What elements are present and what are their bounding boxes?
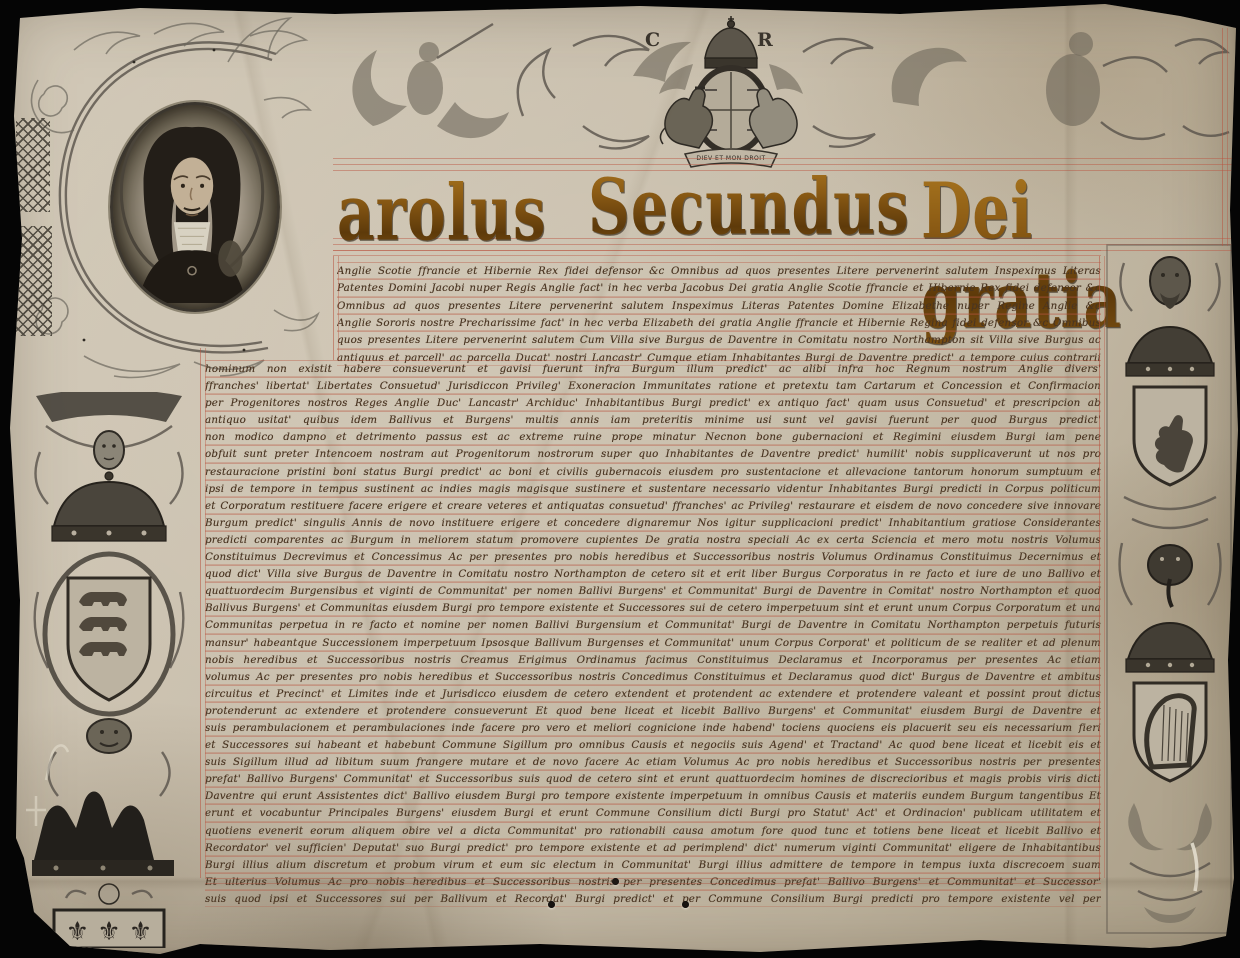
manuscript-line: antiquo usitat' quibus idem Ballivus et …: [205, 411, 1101, 428]
manuscript-line: volumus Ac per presentes pro nobis hered…: [205, 668, 1101, 685]
parchment-hole: [612, 878, 619, 885]
crown-icon: [52, 472, 166, 541]
decorated-initial-c: [14, 10, 332, 390]
manuscript-line: nobis heredibus et Successoribus nostris…: [205, 651, 1101, 668]
manuscript-line: quos presentes Litere pervenerint salute…: [337, 331, 1101, 348]
left-border-pilaster: ⚜ ⚜ ⚜: [16, 392, 202, 948]
red-margin-line: [333, 256, 339, 360]
manuscript-line: Recordator' vel sufficien' Deputat' suo …: [205, 839, 1101, 856]
red-margin-line: [1222, 28, 1228, 246]
ireland-harp-shield-icon: [1134, 683, 1206, 781]
heading-word-carolus: arolus: [337, 168, 547, 258]
charter-text-block-upper: Anglie Scotie ffrancie et Hibernie Rex f…: [337, 262, 1101, 366]
manuscript-line: Communitas perpetua in re facto et nomin…: [205, 616, 1101, 633]
river-god-figure-icon: [1046, 54, 1100, 126]
manuscript-line: hominum non existit habere consueverunt …: [205, 360, 1101, 377]
manuscript-line: Anglie Sororis nostre Precharissime fact…: [337, 314, 1101, 331]
royal-coat-of-arms: C R: [645, 16, 803, 167]
crown-icon: [1126, 623, 1214, 672]
three-lions-passant: [79, 592, 127, 656]
crown-icon: [705, 16, 757, 68]
manuscript-line: Daventre qui erunt Assistentes dict' Bal…: [205, 787, 1101, 804]
grotesque-mask-icon: [87, 719, 131, 753]
bearded-mask-icon: [1150, 257, 1190, 305]
manuscript-line: suis perambulacionem et perambulaciones …: [205, 719, 1101, 736]
royal-cipher-c: C: [645, 29, 660, 51]
manuscript-line: Omnibus ad quos presentes Litere pervene…: [337, 297, 1101, 314]
heading-word-secundus: Secundus: [588, 162, 910, 252]
manuscript-line: Constituimus Decrevimus et Concessimus A…: [205, 548, 1101, 565]
lion-supporter-icon: [660, 88, 712, 148]
scotland-shield-icon: [1134, 387, 1206, 485]
charter-photograph: C R: [0, 0, 1240, 958]
manuscript-line: Burgi illius alium discretum et probum v…: [205, 856, 1101, 873]
manuscript-line: quod dict' Villa sive Burgus de Daventre…: [205, 565, 1101, 582]
manuscript-line: Anglie Scotie ffrancie et Hibernie Rex f…: [337, 262, 1101, 279]
manuscript-line: Ballivus Burgens' et Communitas eiusdem …: [205, 599, 1101, 616]
manuscript-line: suis Sigillum illud ad libitum suum fran…: [205, 753, 1101, 770]
england-shield-icon: [68, 578, 150, 700]
manuscript-line: Patentes Domini Jacobi nuper Regis Angli…: [337, 279, 1101, 296]
manuscript-line: et Corporatum restituere facere erigere …: [205, 497, 1101, 514]
manuscript-line: ipsi de tempore in tempus sustinent ac i…: [205, 480, 1101, 497]
manuscript-line: mansur' habeantque Successionem imperpet…: [205, 634, 1101, 651]
right-border-pilaster: [1104, 243, 1236, 943]
parchment-hole: [548, 901, 555, 908]
lattice-ornament: [14, 226, 52, 336]
manuscript-line: prefat' Ballivo Burgens' Communitat' et …: [205, 770, 1101, 787]
manuscript-line: restauracione pristini boni status Burgi…: [205, 463, 1101, 480]
fleur-de-lis-panel: ⚜ ⚜ ⚜: [54, 910, 164, 948]
crown-icon: [1126, 327, 1214, 376]
dark-crown-icon: [32, 792, 174, 877]
manuscript-line: quotiens evenerit eorum aliquem obire ve…: [205, 822, 1101, 839]
mask-icon: [94, 431, 124, 469]
manuscript-line: per Progenitores nostros Reges Anglie Du…: [205, 394, 1101, 411]
manuscript-line: erunt et vocabuntur Principales Burgens'…: [205, 804, 1101, 821]
triton-figure-icon: [352, 50, 407, 126]
parchment-hole: [682, 901, 689, 908]
manuscript-line: et Successores sui habeant et habebunt C…: [205, 736, 1101, 753]
manuscript-line: suis quod ipsi et Successores sui per Ba…: [205, 890, 1101, 907]
red-margin-line: [1099, 256, 1105, 878]
engraved-frieze: C R: [333, 6, 1235, 170]
manuscript-line: protenderunt ac extendere et protendere …: [205, 702, 1101, 719]
manuscript-line: non modico dampno et detrimento passus e…: [205, 428, 1101, 445]
red-ruling: [333, 250, 1101, 258]
royal-cipher-r: R: [757, 29, 773, 51]
manuscript-line: Burgum predict' singulis Annis de novo i…: [205, 514, 1101, 531]
manuscript-line: circuitus et Precinct' et Limites inde e…: [205, 685, 1101, 702]
charter-heading: arolus Secundus Dei gratia: [333, 152, 1235, 262]
cherub-head-icon: [99, 884, 119, 904]
manuscript-line: predicti comparentes ac Burgum in melior…: [205, 531, 1101, 548]
lattice-ornament: [16, 118, 50, 212]
quill-mark: [1192, 843, 1197, 891]
manuscript-line: quattuordecim Burgensibus et viginti de …: [205, 582, 1101, 599]
parchment-sheet: C R: [0, 0, 1240, 958]
horse-figure-icon: [892, 48, 967, 106]
red-margin-line: [200, 348, 206, 878]
canopy-icon: [36, 392, 182, 422]
manuscript-line: obfuit sunt preter Intencoem nostram aut…: [205, 445, 1101, 462]
red-ruling: [205, 878, 1101, 884]
manuscript-line: ffranches' libertat' Libertates Consuetu…: [205, 377, 1101, 394]
king-charles-ii-portrait: [110, 102, 280, 312]
charter-text-block-main: hominum non existit habere consueverunt …: [205, 360, 1101, 907]
fleur-de-lis-icon: ⚜ ⚜ ⚜: [66, 917, 152, 947]
